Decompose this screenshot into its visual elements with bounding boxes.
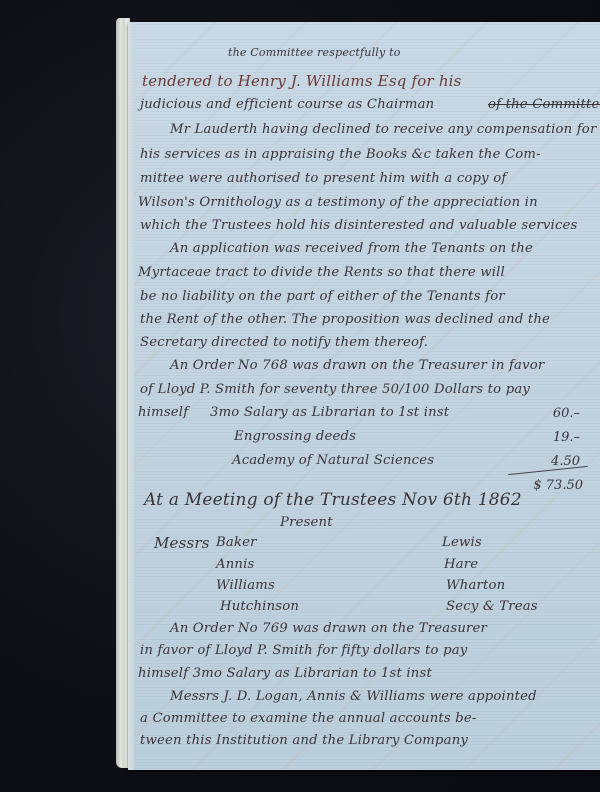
meeting-heading: At a Meeting of the Trustees Nov 6th 186… — [144, 492, 522, 509]
text-line: Secretary directed to notify them thereo… — [140, 336, 428, 349]
scan-background: the Committee respectfully to tendered t… — [0, 0, 600, 792]
ledger-row-label: 3mo Salary as Librarian to 1st inst — [210, 406, 449, 419]
text-line: the Rent of the other. The proposition w… — [140, 313, 550, 326]
present-label: Present — [280, 516, 333, 529]
attendee-name: Lewis — [442, 536, 482, 549]
text-line: which the Trustees hold his disintereste… — [140, 219, 578, 232]
ledger-row-label: Engrossing deeds — [234, 430, 356, 443]
text-line: a Committee to examine the annual accoun… — [140, 712, 477, 725]
text-line: judicious and efficient course as Chairm… — [140, 98, 434, 111]
attendee-name: Wharton — [446, 579, 505, 592]
manuscript-page: the Committee respectfully to tendered t… — [128, 22, 600, 770]
text-line: in favor of Lloyd P. Smith for fifty dol… — [140, 644, 467, 657]
ledger-row-label: himself — [138, 406, 188, 419]
attendee-name: Hare — [444, 558, 478, 571]
attendee-name: Secy & Treas — [446, 600, 538, 613]
struck-text: of the Committee — [488, 98, 600, 111]
ledger-amount: 60.– — [520, 406, 580, 421]
text-line: tween this Institution and the Library C… — [140, 734, 468, 747]
text-line: Mr Lauderth having declined to receive a… — [170, 123, 596, 136]
text-line: mittee were authorised to present him wi… — [140, 172, 506, 185]
attendee-name: Hutchinson — [220, 600, 299, 613]
text-line: Messrs J. D. Logan, Annis & Williams wer… — [170, 690, 537, 703]
text-line: tendered to Henry J. Williams Esq for hi… — [142, 74, 462, 89]
attendee-name: Annis — [216, 558, 255, 571]
text-line: An Order No 768 was drawn on the Treasur… — [170, 359, 544, 372]
text-line: Wilson's Ornithology as a testimony of t… — [138, 196, 538, 209]
ledger-amount: 19.– — [520, 430, 580, 445]
text-line: be no liability on the part of either of… — [140, 290, 505, 303]
text-line: the Committee respectfully to — [228, 47, 401, 58]
text-line: himself 3mo Salary as Librarian to 1st i… — [138, 667, 432, 680]
attendee-name: Williams — [216, 579, 275, 592]
attendee-name: Baker — [216, 536, 257, 549]
messrs-label: Messrs — [154, 536, 210, 551]
text-line: his services as in appraising the Books … — [140, 148, 541, 161]
ledger-total: $ 73.50 — [513, 478, 583, 493]
text-line: Myrtaceae tract to divide the Rents so t… — [138, 266, 505, 279]
text-line: An Order No 769 was drawn on the Treasur… — [170, 622, 487, 635]
ledger-row-label: Academy of Natural Sciences — [232, 454, 434, 467]
text-line: of Lloyd P. Smith for seventy three 50/1… — [140, 383, 530, 396]
text-line: An application was received from the Ten… — [170, 242, 533, 255]
